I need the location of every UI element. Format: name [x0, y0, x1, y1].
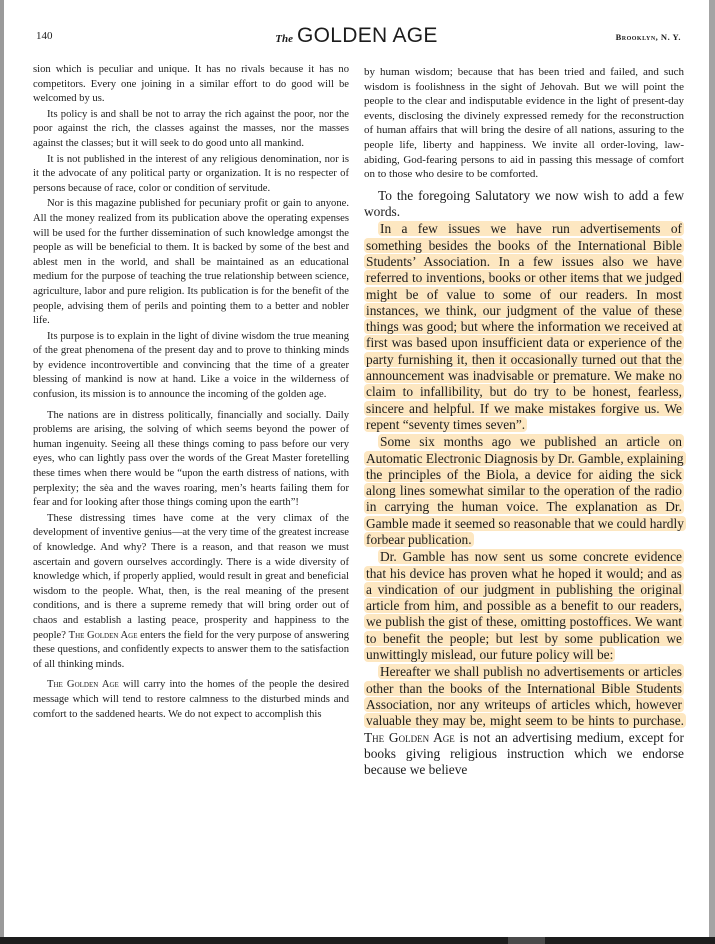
- document-page: 140 TheGOLDEN AGE Brooklyn, N. Y. sion w…: [4, 0, 709, 937]
- paragraph-highlighted: Hereafter we shall publish no advertisem…: [364, 664, 684, 778]
- right-column: by human wisdom; because that has been t…: [364, 65, 684, 778]
- paragraph: It is not published in the interest of a…: [33, 153, 349, 197]
- publication-place: Brooklyn, N. Y.: [616, 32, 681, 42]
- highlighted-text[interactable]: Some six months ago we published an arti…: [364, 434, 686, 547]
- inline-magazine-title: The Golden Age: [69, 630, 138, 641]
- paragraph-highlighted: Some six months ago we published an arti…: [364, 434, 684, 548]
- paragraph: The nations are in distress politically,…: [33, 409, 349, 511]
- paragraph: Its policy is and shall be not to array …: [33, 108, 349, 152]
- paragraph-intro: To the foregoing Salutatory we now wish …: [364, 188, 684, 221]
- paragraph: The Golden Age will carry into the homes…: [33, 678, 349, 722]
- horizontal-scrollbar[interactable]: [0, 937, 715, 944]
- inline-magazine-title: The Golden Age: [47, 679, 119, 690]
- inline-magazine-title: The Golden Age: [364, 730, 455, 745]
- highlighted-text[interactable]: Hereafter we shall publish no advertisem…: [364, 664, 686, 728]
- masthead-the: The: [275, 33, 293, 45]
- paragraph: Nor is this magazine published for pecun…: [33, 197, 349, 328]
- highlighted-text[interactable]: Dr. Gamble has now sent us some concrete…: [364, 549, 684, 662]
- highlighted-text[interactable]: In a few issues we have run advertisemen…: [364, 221, 684, 432]
- scrollbar-thumb[interactable]: [508, 937, 545, 944]
- paragraph: sion which is peculiar and unique. It ha…: [33, 63, 349, 107]
- paragraph-highlighted: In a few issues we have run advertisemen…: [364, 221, 684, 433]
- paragraph: Its purpose is to explain in the light o…: [33, 330, 349, 403]
- window-frame-right: [709, 0, 715, 937]
- paragraph: These distressing times have come at the…: [33, 512, 349, 673]
- paragraph: by human wisdom; because that has been t…: [364, 65, 684, 182]
- masthead: TheGOLDEN AGE: [4, 24, 709, 48]
- paragraph-text: These distressing times have come at the…: [33, 513, 349, 641]
- running-header: 140 TheGOLDEN AGE Brooklyn, N. Y.: [4, 24, 709, 50]
- paragraph-highlighted: Dr. Gamble has now sent us some concrete…: [364, 549, 684, 663]
- masthead-title: GOLDEN AGE: [297, 24, 438, 47]
- left-column: sion which is peculiar and unique. It ha…: [33, 63, 349, 722]
